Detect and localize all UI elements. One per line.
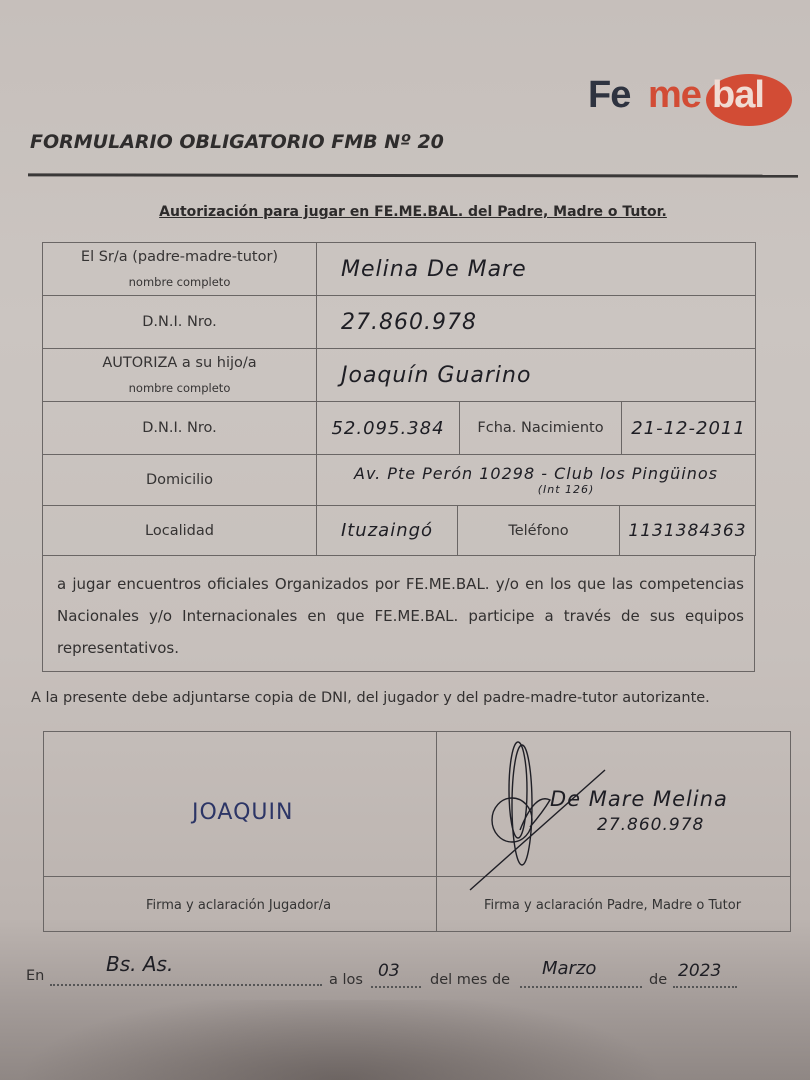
parent-dni-label-cell: D.N.I. Nro.: [42, 295, 317, 349]
attachment-note: A la presente debe adjuntarse copia de D…: [31, 690, 710, 706]
parent-dni-label: D.N.I. Nro.: [142, 314, 216, 330]
phone-value: 1131384363: [628, 521, 746, 541]
child-dni-label-cell: D.N.I. Nro.: [42, 401, 317, 455]
child-name-field[interactable]: Joaquín Guarino: [316, 348, 756, 402]
year-value[interactable]: 2023: [678, 961, 721, 981]
place-value[interactable]: Bs. As.: [106, 952, 173, 976]
phone-label-cell: Teléfono: [457, 505, 620, 556]
player-signature[interactable]: JOAQUIN: [192, 800, 293, 825]
femebal-logo: Fe me bal: [588, 70, 798, 130]
photo-shadow: [0, 1000, 810, 1080]
parent-dni-field[interactable]: 27.860.978: [316, 295, 756, 349]
day-label: a los: [329, 972, 363, 988]
form-title: FORMULARIO OBLIGATORIO FMB Nº 20: [30, 131, 444, 153]
child-dni-field[interactable]: 52.095.384: [316, 401, 460, 455]
address-label: Domicilio: [146, 472, 213, 488]
parent-label: El Sr/a (padre-madre-tutor): [81, 249, 278, 265]
parent-signature-name[interactable]: De Mare Melina: [550, 787, 728, 811]
title-divider: [28, 173, 798, 177]
child-name-value: Joaquín Guarino: [341, 363, 531, 388]
parent-signature-scribble-icon: [460, 735, 620, 895]
parent-dni-value: 27.860.978: [341, 310, 477, 335]
year-dots: [673, 986, 737, 988]
child-dni-value: 52.095.384: [331, 418, 444, 439]
birth-label: Fcha. Nacimiento: [477, 420, 603, 436]
parent-name-field[interactable]: Melina De Mare: [316, 242, 756, 296]
place-label: En: [26, 968, 44, 984]
birth-date-field[interactable]: 21-12-2011: [621, 401, 756, 455]
month-dots: [520, 986, 642, 988]
address-label-cell: Domicilio: [42, 454, 317, 506]
locality-field[interactable]: Ituzaingó: [316, 505, 458, 556]
address-field[interactable]: Av. Pte Perón 10298 - Club los Pingüinos…: [316, 454, 756, 506]
form-subtitle: Autorización para jugar en FE.ME.BAL. de…: [0, 204, 810, 220]
month-value[interactable]: Marzo: [542, 958, 596, 979]
locality-label-cell: Localidad: [42, 505, 317, 556]
phone-label: Teléfono: [508, 523, 568, 539]
parent-sublabel: nombre completo: [129, 275, 231, 289]
parent-signature-dni: 27.860.978: [597, 815, 704, 835]
logo-text-fe: Fe: [588, 74, 630, 117]
logo-text-bal: bal: [712, 74, 764, 117]
place-dots: [50, 984, 322, 986]
birth-label-cell: Fcha. Nacimiento: [459, 401, 622, 455]
phone-field[interactable]: 1131384363: [619, 505, 756, 556]
locality-label: Localidad: [145, 523, 214, 539]
day-value[interactable]: 03: [378, 961, 400, 981]
day-dots: [371, 986, 421, 988]
parent-label-cell: El Sr/a (padre-madre-tutor) nombre compl…: [42, 242, 317, 296]
month-label: del mes de: [430, 972, 510, 988]
parent-name-value: Melina De Mare: [341, 257, 527, 282]
address-note: (Int 126): [538, 483, 595, 496]
year-label: de: [649, 972, 667, 988]
child-label-cell: AUTORIZA a su hijo/a nombre completo: [42, 348, 317, 402]
player-signature-label: Firma y aclaración Jugador/a: [146, 898, 331, 913]
child-dni-label: D.N.I. Nro.: [142, 420, 216, 436]
child-label: AUTORIZA a su hijo/a: [102, 355, 256, 371]
address-value: Av. Pte Perón 10298 - Club los Pingüinos: [354, 464, 718, 483]
signature-divider-horizontal: [44, 876, 790, 877]
parent-signature-label: Firma y aclaración Padre, Madre o Tutor: [484, 898, 741, 913]
child-sublabel: nombre completo: [129, 381, 231, 395]
locality-value: Ituzaingó: [341, 520, 433, 541]
logo-text-me: me: [648, 74, 701, 117]
signature-divider-vertical: [436, 732, 437, 931]
birth-date-value: 21-12-2011: [631, 418, 746, 439]
authorization-text: a jugar encuentros oficiales Organizados…: [42, 555, 755, 672]
